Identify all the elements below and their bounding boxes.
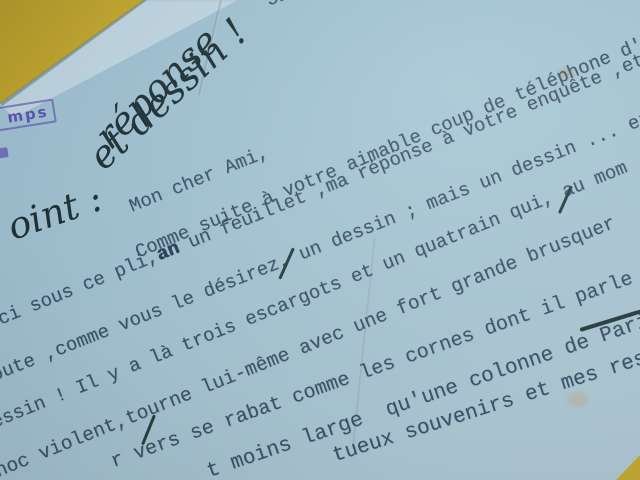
letter-photo: mps 31 oint : réponse et dessin ! Mon ch… bbox=[0, 0, 640, 480]
